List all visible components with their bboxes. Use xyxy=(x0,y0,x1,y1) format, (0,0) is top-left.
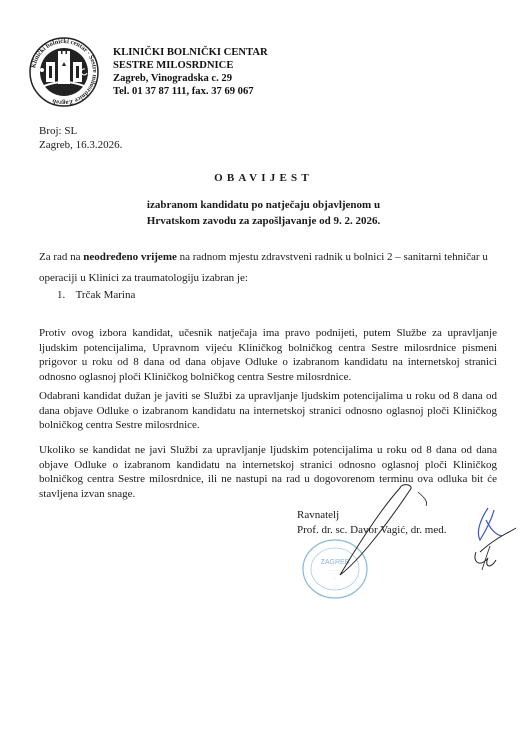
org-contact: Tel. 01 37 87 111, fax. 37 69 067 xyxy=(113,85,268,98)
intro-text-start: Za rad na xyxy=(39,251,83,263)
org-name-line-2: SESTRE MILOSRDNICE xyxy=(113,59,268,72)
document-meta: Broj: SL Zagreb, 16.3.2026. xyxy=(39,124,122,152)
list-item-number: 1. xyxy=(57,289,73,301)
reporting-paragraph: Odabrani kandidat dužan je javiti se Slu… xyxy=(39,389,497,433)
intro-bold-term: neodređeno vrijeme xyxy=(83,251,177,263)
org-address: Zagreb, Vinogradska c. 29 xyxy=(113,72,268,85)
list-item: 1. Trčak Marina xyxy=(57,289,135,301)
reference-number: Broj: SL xyxy=(39,124,122,138)
org-name-line-1: KLINIČKI BOLNIČKI CENTAR xyxy=(113,46,268,59)
document-subtitle: izabranom kandidatu po natječaju objavlj… xyxy=(0,197,527,229)
hospital-seal-icon: Klinički bolnički centar · Sestre milosr… xyxy=(28,36,100,108)
candidate-name: Trčak Marina xyxy=(76,289,136,301)
subtitle-line-2: Hrvatskom zavodu za zapošljavanje od 9. … xyxy=(0,213,527,229)
selected-candidates-list: 1. Trčak Marina xyxy=(57,289,135,301)
objection-paragraph: Protiv ovog izbora kandidat, učesnik nat… xyxy=(39,326,497,384)
document-title: OBAVIJEST xyxy=(0,172,527,184)
organization-header: KLINIČKI BOLNIČKI CENTAR SESTRE MILOSRDN… xyxy=(113,46,268,98)
subtitle-line-1: izabranom kandidatu po natječaju objavlj… xyxy=(0,197,527,213)
intro-paragraph: Za rad na neodređeno vrijeme na radnom m… xyxy=(39,247,499,289)
place-date: Zagreb, 16.3.2026. xyxy=(39,138,122,152)
handwritten-signature-icon xyxy=(330,480,520,590)
